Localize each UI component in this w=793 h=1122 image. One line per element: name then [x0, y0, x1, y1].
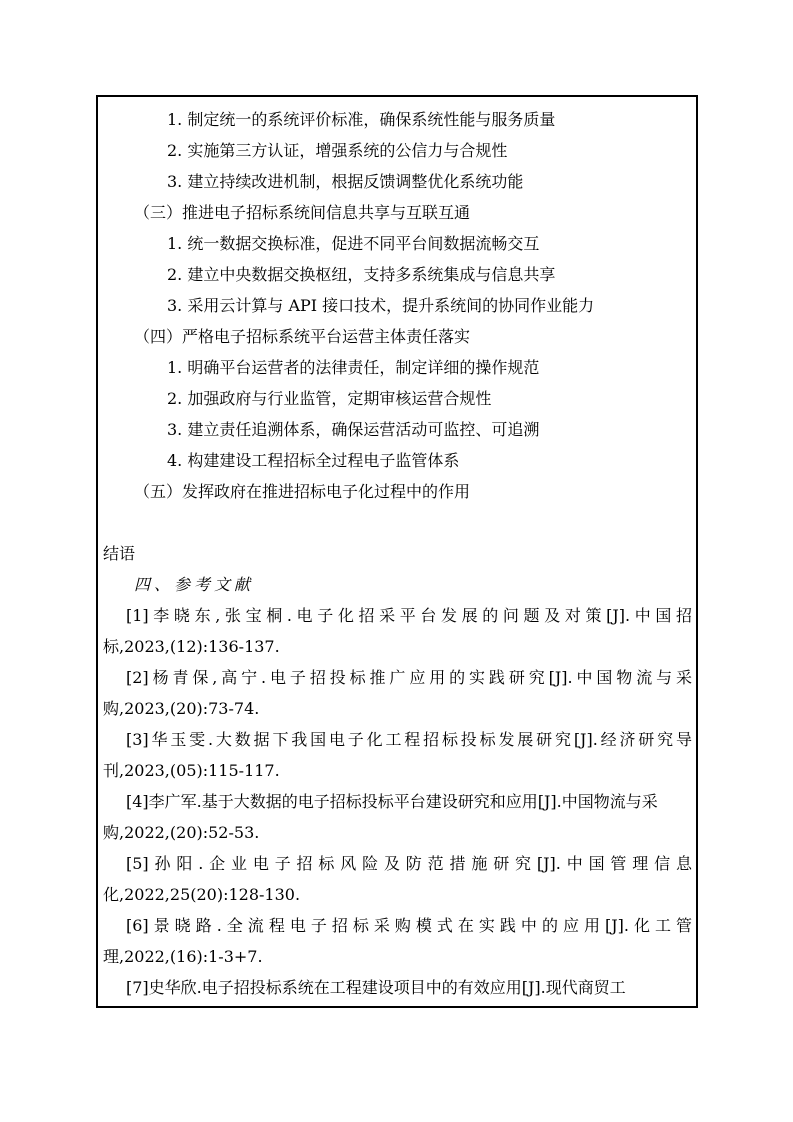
list-item: 1. 统一数据交换标准，促进不同平台间数据流畅交互	[103, 228, 692, 259]
list-item: 1. 制定统一的系统评价标准，确保系统性能与服务质量	[103, 104, 692, 135]
reference-entry: [7]史华欣.电子招投标系统在工程建设项目中的有效应用[J].现代商贸工	[103, 972, 692, 1003]
reference-entry: [1]李晓东,张宝桐.电子化招采平台发展的问题及对策[J].中国招 标,2023…	[103, 600, 692, 662]
reference-line: [6]景晓路.全流程电子招标采购模式在实践中的应用[J].化工管	[103, 910, 692, 941]
section-heading: （四）严格电子招标系统平台运营主体责任落实	[103, 321, 692, 352]
reference-line: 化,2022,25(20):128-130.	[103, 879, 692, 910]
list-item: 3. 建立责任追溯体系，确保运营活动可监控、可追溯	[103, 414, 692, 445]
reference-line: [5]孙阳.企业电子招标风险及防范措施研究[J].中国管理信息	[103, 848, 692, 879]
reference-line: 理,2022,(16):1-3+7.	[103, 941, 692, 972]
reference-entry: [5]孙阳.企业电子招标风险及防范措施研究[J].中国管理信息 化,2022,2…	[103, 848, 692, 910]
list-item: 3. 采用云计算与 API 接口技术，提升系统间的协同作业能力	[103, 290, 692, 321]
reference-line: [2]杨青保,高宁.电子招投标推广应用的实践研究[J].中国物流与采	[103, 662, 692, 693]
section-heading: （三）推进电子招标系统间信息共享与互联互通	[103, 197, 692, 228]
reference-line: 购,2022,(20):52-53.	[103, 817, 692, 848]
reference-line: [7]史华欣.电子招投标系统在工程建设项目中的有效应用[J].现代商贸工	[103, 972, 692, 1003]
conclusion-heading: 结语	[103, 538, 692, 569]
reference-entry: [4]李广军.基于大数据的电子招标投标平台建设研究和应用[J].中国物流与采 购…	[103, 786, 692, 848]
blank-line	[103, 507, 692, 538]
section-heading: （五）发挥政府在推进招标电子化过程中的作用	[103, 476, 692, 507]
list-item: 2. 加强政府与行业监管，定期审核运营合规性	[103, 383, 692, 414]
reference-line: 刊,2023,(05):115-117.	[103, 755, 692, 786]
content-table: 1. 制定统一的系统评价标准，确保系统性能与服务质量 2. 实施第三方认证，增强…	[96, 95, 698, 1008]
list-item: 4. 构建建设工程招标全过程电子监管体系	[103, 445, 692, 476]
list-item: 2. 实施第三方认证，增强系统的公信力与合规性	[103, 135, 692, 166]
reference-line: [3]华玉雯.大数据下我国电子化工程招标投标发展研究[J].经济研究导	[103, 724, 692, 755]
list-item: 3. 建立持续改进机制，根据反馈调整优化系统功能	[103, 166, 692, 197]
reference-entry: [6]景晓路.全流程电子招标采购模式在实践中的应用[J].化工管 理,2022,…	[103, 910, 692, 972]
reference-entry: [2]杨青保,高宁.电子招投标推广应用的实践研究[J].中国物流与采 购,202…	[103, 662, 692, 724]
reference-line: 标,2023,(12):136-137.	[103, 631, 692, 662]
references-heading: 四、参考文献	[103, 569, 692, 600]
list-item: 1. 明确平台运营者的法律责任，制定详细的操作规范	[103, 352, 692, 383]
reference-line: [1]李晓东,张宝桐.电子化招采平台发展的问题及对策[J].中国招	[103, 600, 692, 631]
reference-line: [4]李广军.基于大数据的电子招标投标平台建设研究和应用[J].中国物流与采	[103, 786, 692, 817]
reference-entry: [3]华玉雯.大数据下我国电子化工程招标投标发展研究[J].经济研究导 刊,20…	[103, 724, 692, 786]
reference-line: 购,2023,(20):73-74.	[103, 693, 692, 724]
list-item: 2. 建立中央数据交换枢纽，支持多系统集成与信息共享	[103, 259, 692, 290]
